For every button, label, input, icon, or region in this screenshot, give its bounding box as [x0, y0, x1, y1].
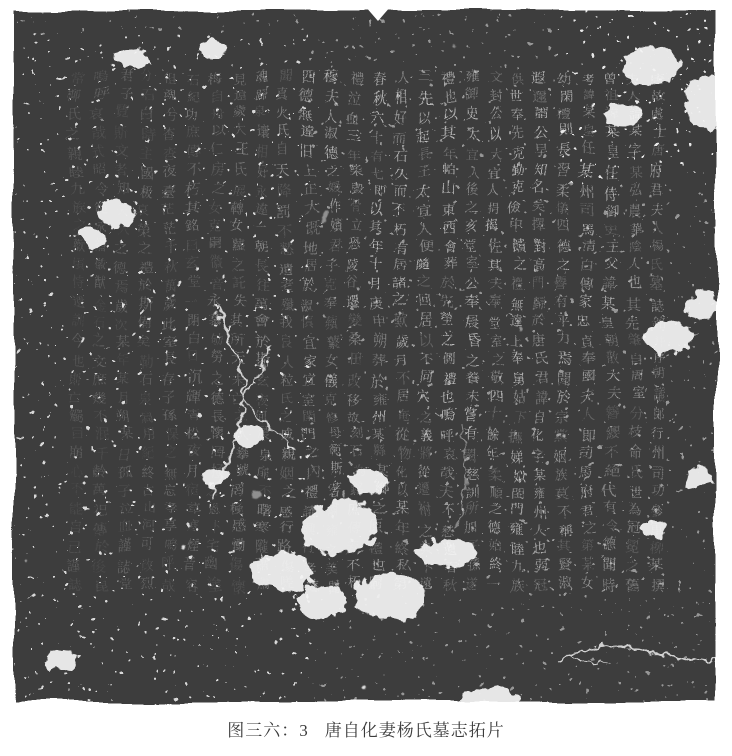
stone-surface: 唐故處士唐府君夫人楊氏墓誌銘并序朝議郎行州司功參軍柳某撰夫人諱某字某弘農華陰人也… [14, 10, 721, 706]
figure-title: 唐自化妻杨氏墓志拓片 [325, 716, 505, 741]
rubbing-image: 唐故處士唐府君夫人楊氏墓誌銘并序朝議郎行州司功參軍柳某撰夫人諱某字某弘農華陰人也… [9, 6, 721, 706]
book-page: 唐故處士唐府君夫人楊氏墓誌銘并序朝議郎行州司功參軍柳某撰夫人諱某字某弘農華陰人也… [0, 0, 732, 756]
rubbing-artwork: 唐故處士唐府君夫人楊氏墓誌銘并序朝議郎行州司功參軍柳某撰夫人諱某字某弘農華陰人也… [9, 6, 721, 706]
figure-number: 图三六：3 [227, 716, 309, 741]
figure-caption: 图三六：3 唐自化妻杨氏墓志拓片 [0, 716, 732, 741]
